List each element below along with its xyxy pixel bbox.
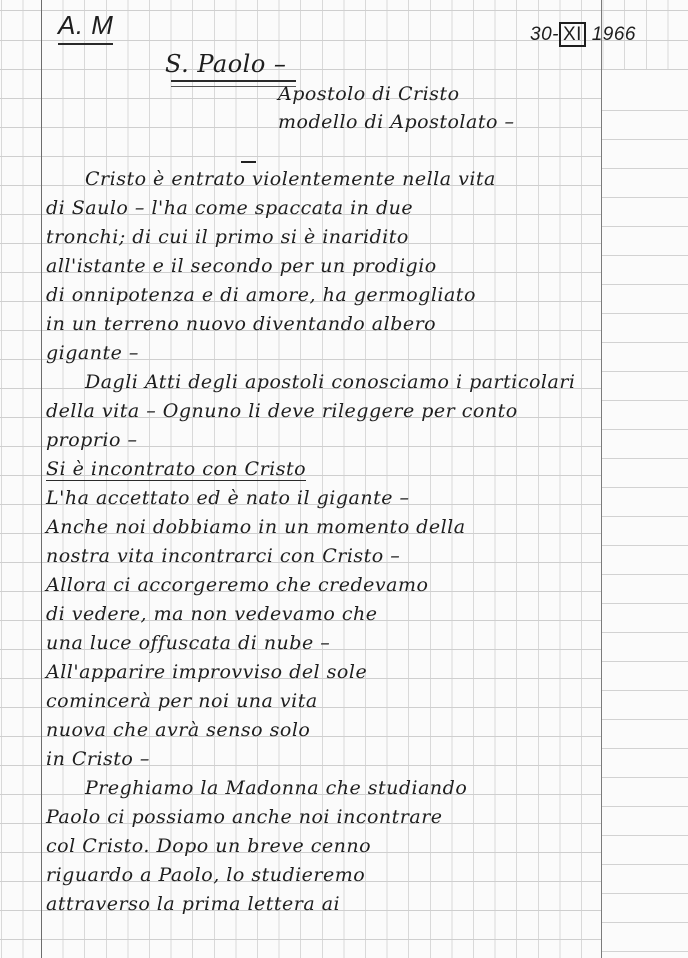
subtitle-line-2: modello di Apostolato –	[278, 111, 514, 133]
text-line: una luce offuscata di nube –	[46, 632, 330, 654]
text-line: in Cristo –	[46, 748, 150, 770]
text-line: riguardo a Paolo, lo studieremo	[46, 864, 365, 886]
text-line: di vedere, ma non vedevamo che	[46, 603, 377, 625]
text-line: tronchi; di cui il primo si è inaridito	[46, 226, 409, 248]
text-line: in un terreno nuovo diventando albero	[46, 313, 436, 335]
text-line: Dagli Atti degli apostoli conosciamo i p…	[85, 371, 576, 393]
date-day: 30	[530, 24, 552, 45]
section-separator	[241, 161, 256, 163]
text-line: Preghiamo la Madonna che studiando	[85, 777, 467, 799]
text-line: nostra vita incontrarci con Cristo –	[46, 545, 400, 567]
text-line: All'apparire improvviso del sole	[46, 661, 367, 683]
text-line: proprio –	[46, 429, 137, 451]
text-line: L'ha accettato ed è nato il gigante –	[46, 487, 410, 509]
right-margin-area	[602, 70, 688, 958]
date-dash: -	[552, 24, 559, 45]
section-heading: Si è incontrato con Cristo	[46, 458, 306, 481]
right-margin-line	[601, 0, 602, 958]
text-line: attraverso la prima lettera ai	[46, 893, 340, 915]
text-line: Allora ci accorgeremo che credevamo	[46, 574, 428, 596]
text-line: all'istante e il secondo per un prodigio	[46, 255, 437, 277]
page-title: S. Paolo –	[165, 50, 286, 78]
left-margin-line	[41, 0, 42, 958]
text-line: comincerà per noi una vita	[46, 690, 318, 712]
date: 30-XI 1966	[530, 24, 636, 46]
text-line: della vita – Ognuno li deve rileggere pe…	[46, 400, 518, 422]
text-line: gigante –	[46, 342, 139, 364]
text-line: di onnipotenza e di amore, ha germogliat…	[46, 284, 476, 306]
date-month-roman: XI	[559, 22, 586, 47]
author-initials: A. M	[58, 10, 113, 45]
text-line: nuova che avrà senso solo	[46, 719, 310, 741]
text-line: Paolo ci possiamo anche noi incontrare	[46, 806, 443, 828]
text-line: di Saulo – l'ha come spaccata in due	[46, 197, 413, 219]
text-line: col Cristo. Dopo un breve cenno	[46, 835, 371, 857]
date-year: 1966	[592, 24, 636, 45]
text-line: Cristo è entrato violentemente nella vit…	[85, 168, 496, 190]
text-line: Anche noi dobbiamo in un momento della	[46, 516, 466, 538]
subtitle-line-1: Apostolo di Cristo	[278, 83, 460, 105]
handwritten-page: A. M 30-XI 1966 S. Paolo – Apostolo di C…	[0, 0, 688, 958]
